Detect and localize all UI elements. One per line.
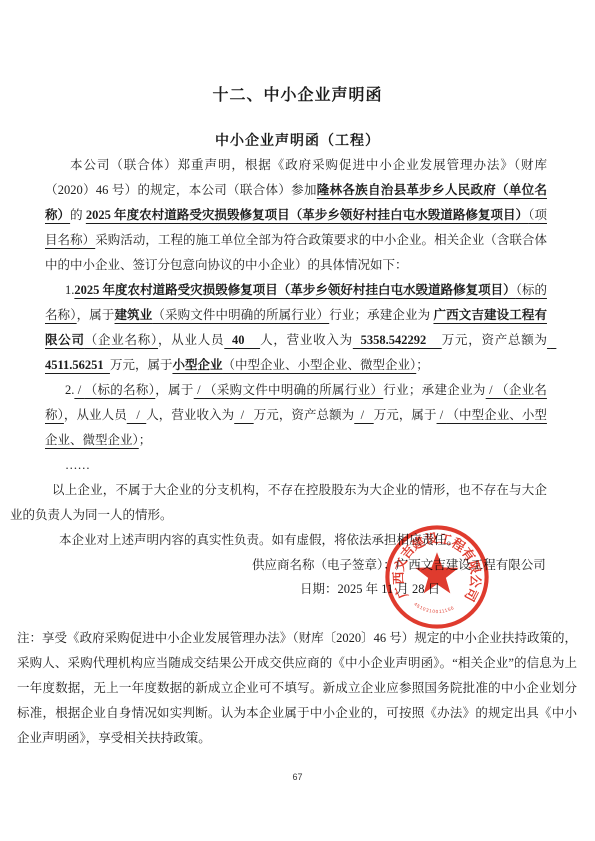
text-run: /: [74, 383, 84, 397]
paragraph: 1.2025 年度农村道路受灾损毁修复项目（革步乡领好村挂白屯水毁道路修复项目）…: [45, 278, 547, 378]
text-run: 2025 年度农村道路受灾损毁修复项目（革步乡领好村挂白屯水毁道路修复项目）: [86, 208, 528, 222]
text-run: 的: [70, 208, 86, 222]
text-run: 人，营业收入为: [260, 333, 353, 347]
paragraph: 以上企业，不属于大企业的分支机构，不存在控股股东为大企业的情形，也不存在与大企业…: [10, 478, 547, 528]
declaration-body: 本公司（联合体）郑重声明，根据《政府采购促进中小企业发展管理办法》（财库（202…: [45, 153, 547, 553]
text-run: （企业名称）: [85, 333, 158, 347]
text-run: 行业；承建企业为: [383, 383, 485, 397]
text-run: 2.: [65, 383, 74, 397]
text-run: 万元，属于: [374, 408, 437, 422]
text-run: 注：享受《政府采购促进中小企业发展管理办法》（财库〔2020〕46 号）规定的中…: [17, 631, 577, 745]
document-title: 中小企业声明函（工程）: [0, 130, 595, 150]
text-run: 万元，属于: [110, 358, 173, 372]
text-run: 2025 年度农村道路受灾损毁修复项目（革步乡领好村挂白屯水毁道路修复项目）: [74, 283, 515, 297]
text-run: ；: [139, 433, 152, 447]
text-run: 本企业对上述声明内容的真实性负责。如有虚假，将依法承担相应责任。: [59, 533, 459, 547]
text-run: /: [486, 383, 496, 397]
paragraph: 注：享受《政府采购促进中小企业发展管理办法》（财库〔2020〕46 号）规定的中…: [17, 626, 577, 751]
text-run: /: [127, 408, 146, 422]
section-title: 十二、中小企业声明函: [0, 82, 595, 105]
signature-date-line: 日期：2025 年 11 月 28 日: [300, 580, 440, 598]
text-run: /: [234, 408, 253, 422]
text-run: 小型企业: [172, 358, 222, 372]
supplier-signature-line: 供应商名称（电子签章）：广西文吉建设工程有限公司: [252, 556, 546, 574]
paragraph: 2. / （标的名称），属于 / （采购文件中明确的所属行业）行业；承建企业为 …: [45, 378, 547, 453]
text-run: 建筑业: [115, 308, 153, 322]
paragraph: ……: [45, 453, 547, 478]
page-number: 67: [0, 772, 595, 782]
text-run: ，属于: [155, 383, 193, 397]
document-page: 十二、中小企业声明函 中小企业声明函（工程） 本公司（联合体）郑重声明，根据《政…: [0, 0, 595, 841]
text-run: （标的名称）: [85, 383, 156, 397]
text-run: /: [354, 408, 373, 422]
text-run: ，从业人员: [158, 333, 224, 347]
text-run: 人，营业收入为: [146, 408, 234, 422]
text-run: （采购文件中明确的所属行业）: [152, 308, 329, 322]
seal-serial-text: 4510310011156: [413, 601, 455, 614]
text-run: （中型企业、小型企业、微型企业）: [222, 358, 416, 372]
text-run: ；: [416, 358, 429, 372]
text-run: 行业；承建企业为: [329, 308, 433, 322]
text-run: （采购文件中明确的所属行业）: [204, 383, 383, 397]
footnote: 注：享受《政府采购促进中小企业发展管理办法》（财库〔2020〕46 号）规定的中…: [17, 626, 577, 751]
paragraph: 本企业对上述声明内容的真实性负责。如有虚假，将依法承担相应责任。: [45, 528, 547, 553]
text-run: /: [194, 383, 204, 397]
paragraph: 本公司（联合体）郑重声明，根据《政府采购促进中小企业发展管理办法》（财库（202…: [45, 153, 547, 278]
text-run: 40: [224, 333, 260, 347]
text-run: 5358.542292: [353, 333, 442, 347]
text-run: 1.: [65, 283, 74, 297]
text-run: 采购活动，工程的施工单位全部为符合政策要求的中小企业。相关企业（含联合体中的中小…: [45, 233, 547, 272]
text-run: 万元，资产总额为: [254, 408, 355, 422]
text-run: ，从业人员: [64, 408, 127, 422]
text-run: ，属于: [77, 308, 115, 322]
text-run: 万元，资产总额为: [442, 333, 547, 347]
text-run: ……: [65, 458, 90, 472]
text-run: /: [437, 408, 447, 422]
text-run: 以上企业，不属于大企业的分支机构，不存在控股股东为大企业的情形，也不存在与大企业…: [10, 483, 547, 522]
